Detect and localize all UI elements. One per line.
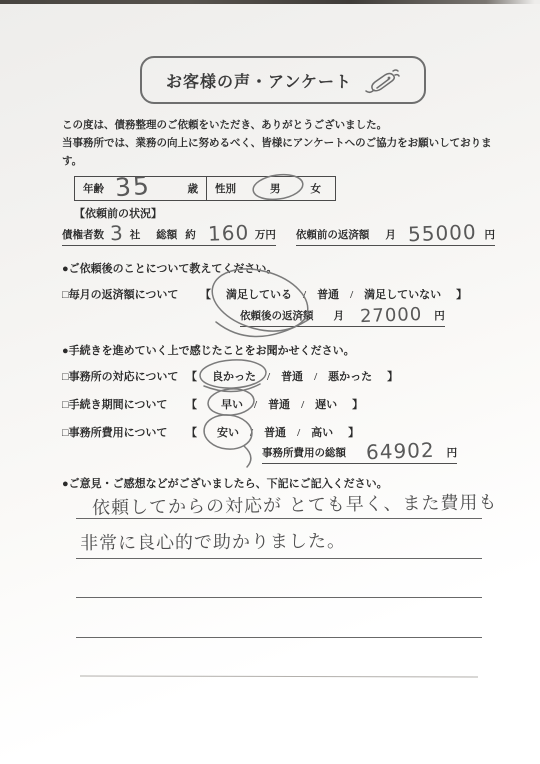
bracket-open: 【 <box>200 286 211 302</box>
total-unit: 万円 <box>255 227 276 242</box>
office-cost-total-row: 事務所費用の総額 64902 円 <box>262 444 457 464</box>
after-section-heading: ●ご依頼後のことについて教えてください。 <box>62 260 277 276</box>
option-satisfied: 満足している <box>226 286 292 302</box>
profile-table: 年齢 35 歳 性別 男 女 <box>74 176 336 201</box>
bracket-close: 】 <box>456 286 467 302</box>
gender-option-male: 男 <box>270 181 281 196</box>
yen-label: 円 <box>447 445 458 460</box>
gender-option-female: 女 <box>311 181 322 196</box>
bracket-close: 】 <box>387 368 398 384</box>
comment-rule-line-4 <box>76 637 482 638</box>
question-label: □手続き期間について <box>62 396 180 412</box>
age-handwritten-value: 35 <box>114 171 152 202</box>
option-good: 良かった <box>212 368 256 384</box>
pencil-icon <box>364 68 400 94</box>
question-office-response: □事務所の対応について 【 良かった / 普通 / 悪かった 】 <box>62 368 404 384</box>
option-normal: 普通 <box>317 286 339 302</box>
creditors-unit: 社 <box>130 227 141 242</box>
process-section-heading: ●手続きを進めていく上で感じたことをお聞かせください。 <box>62 342 355 358</box>
paper-bottom-edge <box>80 675 478 677</box>
comments-section-heading: ●ご意見・ご感想などがございましたら、下記にご記入ください。 <box>62 475 388 491</box>
repayment-before-field: 依頼前の返済額 月 55000 円 <box>296 226 495 246</box>
option-fast: 早い <box>221 396 243 412</box>
option-bad: 悪かった <box>328 368 372 384</box>
intro-line-2: 当事務所では、業務の向上に努めるべく、皆様にアンケートへのご協力をお願いしており… <box>62 135 492 171</box>
month-label: 月 <box>385 227 396 242</box>
handwritten-comment-line-2: 非常に良心的で助かりました。 <box>80 527 346 555</box>
office-cost-total-label: 事務所費用の総額 <box>262 445 346 460</box>
gender-label: 性別 <box>215 181 236 196</box>
gender-cell: 性別 男 女 <box>207 177 335 200</box>
before-status-row: 債権者数 3 社 総額 約 160 万円 依頼前の返済額 月 55000 円 <box>62 226 495 246</box>
repayment-after-field: 依頼後の返済額 月 27000 円 <box>240 308 445 327</box>
age-label: 年齢 <box>83 181 104 196</box>
option-slow: 遅い <box>315 396 337 412</box>
repayment-before-handwritten-value: 55000 <box>408 227 477 239</box>
option-normal: 普通 <box>268 396 290 412</box>
bracket-open: 【 <box>186 368 197 384</box>
option-normal: 普通 <box>264 424 286 440</box>
option-expensive: 高い <box>311 424 333 440</box>
option-normal: 普通 <box>281 368 303 384</box>
approx-label: 約 <box>185 227 196 242</box>
month-label: 月 <box>334 308 345 323</box>
bracket-close: 】 <box>348 424 359 440</box>
comment-rule-line-3 <box>76 597 482 598</box>
question-monthly-repayment: □毎月の返済額について 【 満足している / 普通 / 満足していない 】 <box>62 286 473 302</box>
bracket-open: 【 <box>186 424 197 440</box>
bracket-open: 【 <box>186 396 197 412</box>
age-unit: 歳 <box>188 181 199 196</box>
question-label: □毎月の返済額について <box>62 286 194 302</box>
page-title: お客様の声・アンケート <box>166 69 352 92</box>
scan-edge-artifact <box>0 0 540 4</box>
office-cost-total-field: 事務所費用の総額 64902 円 <box>262 444 457 464</box>
question-label: □事務所費用について <box>62 424 180 440</box>
intro-line-1: この度は、債務整理のご依頼をいただき、ありがとうございました。 <box>62 117 492 135</box>
option-cheap: 安い <box>217 424 239 440</box>
intro-paragraph: この度は、債務整理のご依頼をいただき、ありがとうございました。 当事務所では、業… <box>62 117 492 171</box>
question-office-cost: □事務所費用について 【 安い / 普通 / 高い 】 <box>62 424 365 440</box>
scanned-survey-page: お客様の声・アンケート この度は、債務整理のご依頼をいただき、ありがとうございま… <box>0 0 540 764</box>
repayment-before-label: 依頼前の返済額 <box>296 227 370 242</box>
comment-rule-line-2 <box>76 558 482 559</box>
office-cost-handwritten-value: 64902 <box>366 445 435 457</box>
option-not-satisfied: 満足していない <box>364 286 441 302</box>
creditors-label: 債権者数 <box>62 227 104 242</box>
repayment-after-handwritten-value: 27000 <box>360 310 423 322</box>
yen-label: 円 <box>434 308 445 323</box>
survey-title-box: お客様の声・アンケート <box>140 56 426 104</box>
selection-circle-cheap <box>202 412 260 470</box>
question-label: □事務所の対応について <box>62 368 180 384</box>
age-cell: 年齢 35 歳 <box>75 177 207 200</box>
creditors-total-field: 債権者数 3 社 総額 約 160 万円 <box>62 226 276 246</box>
repayment-after-label: 依頼後の返済額 <box>240 308 314 323</box>
bracket-close: 】 <box>352 396 363 412</box>
question-procedure-period: □手続き期間について 【 早い / 普通 / 遅い 】 <box>62 396 369 412</box>
total-handwritten-value: 160 <box>208 227 250 238</box>
total-label: 総額 <box>156 227 177 242</box>
repayment-after-row: 依頼後の返済額 月 27000 円 <box>240 308 445 327</box>
creditors-handwritten-value: 3 <box>110 228 124 238</box>
handwritten-comment-line-1: 依頼してからの対応が とても早く、また費用も <box>92 488 498 520</box>
before-section-title: 【依頼前の状況】 <box>74 205 162 221</box>
yen-label: 円 <box>485 227 496 242</box>
